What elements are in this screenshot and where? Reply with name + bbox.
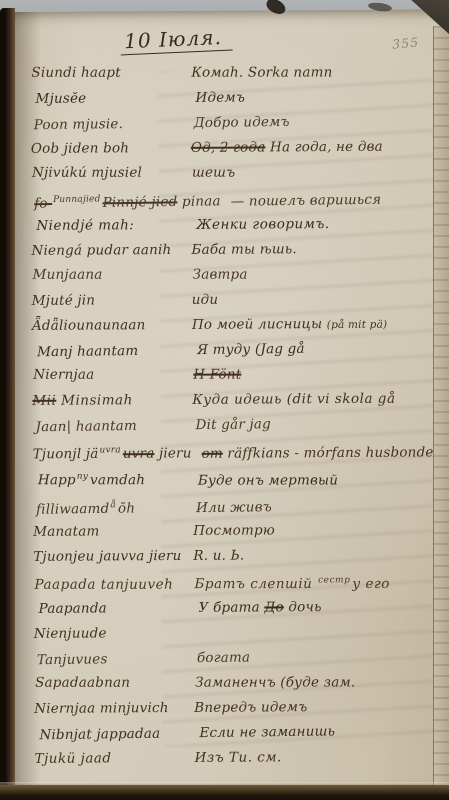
entry-row: filliwaamdåōhИли живъ: [36, 491, 441, 521]
entry-term: Njivúkú mjusiel: [32, 163, 192, 185]
page-heading: 10 Іюля.: [120, 25, 233, 56]
text-segment: Од, 2 года: [191, 139, 266, 155]
entry-row: PaapandaУ брата До дочь: [39, 596, 442, 621]
text-segment: Баба ты ѣшь.: [191, 241, 296, 258]
entry-translation: Dit går jag: [195, 412, 440, 437]
text-segment: ōh: [118, 500, 135, 516]
entry-translation: Братъ слепшiй сестру его: [194, 570, 441, 595]
text-segment: (på mit pä): [327, 319, 388, 331]
text-segment: Paapada tanjuuveh: [34, 576, 173, 592]
text-segment: Poon mjusie.: [34, 116, 124, 133]
entry-term: Mjuté jin: [32, 290, 192, 312]
entry-translation: Комаh. Sorka namn: [191, 62, 438, 84]
text-segment: Paapanda: [39, 600, 107, 616]
text-segment: Sapadaabnan: [35, 675, 130, 691]
entry-term: Niernjaa minjuvich: [34, 698, 194, 720]
text-segment: filliwaamd: [36, 501, 110, 518]
text-segment: Я туду (Jag gå: [197, 341, 305, 358]
entry-translation: По моей лисницы (på mit pä): [192, 313, 440, 337]
text-segment: Идемъ: [195, 90, 245, 106]
entry-row: Tanjuvuesбогата: [37, 645, 442, 673]
text-segment: Tjukü jaad: [35, 750, 112, 766]
text-segment: Заманенчъ (буде зам.: [195, 675, 355, 691]
entry-term: Niengá pudar aanih: [31, 240, 191, 262]
text-segment: дочь: [284, 599, 322, 615]
text-segment: Куда идешь (dit vi skola gå: [192, 391, 395, 408]
text-segment: ny: [77, 472, 88, 482]
text-segment: Siundi haapt: [31, 65, 120, 81]
entry-row: MjusĕeИдемъ: [35, 86, 438, 111]
entry-translation: Баба ты ѣшь.: [191, 238, 439, 261]
entry-term: Happnyvamdah: [38, 467, 198, 492]
page-number: 355: [392, 34, 420, 51]
entry-row: Manj haantamЯ туду (Jag gå: [37, 337, 440, 365]
entry-row: Tjuonjeu jauvva jieruR. и. Ь.: [33, 544, 441, 569]
entry-term: Mii Minsimah: [32, 390, 192, 412]
entry-row: Niengá pudar aanihБаба ты ѣшь.: [31, 238, 439, 263]
entry-translation: иди: [192, 288, 440, 311]
text-segment: pinaa: [177, 193, 220, 210]
entry-translation: Если не заманишь: [199, 720, 442, 745]
entry-term: Tjuonjeu jauvva jieru: [33, 546, 193, 568]
entry-translation: Буде онъ мертвый: [198, 470, 441, 492]
vocabulary-list: Siundi haaptКомаh. Sorka namnMjusĕeИдемъ…: [30, 61, 442, 773]
text-segment: Завтра: [193, 267, 248, 283]
text-segment: Добро идемъ: [194, 114, 290, 131]
entry-translation: Добро идемъ: [194, 110, 439, 135]
text-segment: Niernjaa: [33, 367, 94, 383]
entry-row: Siundi haaptКомаh. Sorka namn: [31, 62, 438, 85]
entry-row: Oob jiden bohОд, 2 года На года, не два: [31, 136, 439, 161]
entry-row: NiernjaaH Fönt: [33, 364, 440, 387]
entry-translation: Посмотрю: [193, 519, 441, 542]
text-segment: Буде онъ мертвый: [198, 472, 338, 488]
text-segment: Manatam: [33, 523, 99, 539]
text-segment: vamdah: [90, 472, 145, 488]
entry-term: Nienjuude: [34, 623, 194, 645]
text-segment: Nienjuude: [34, 625, 107, 641]
entry-term: Niendjé mah:: [36, 215, 196, 237]
entry-row: Poon mjusie.Добро идемъ: [34, 110, 439, 138]
text-segment: Dit går jag: [195, 416, 271, 433]
text-segment: Punnajied: [53, 194, 101, 205]
text-segment: H Fönt: [193, 367, 241, 383]
entry-translation: Заманенчъ (буде зам.: [195, 672, 442, 694]
entry-term: Manatam: [33, 521, 193, 543]
entry-term: Manj haantam: [37, 340, 197, 364]
manuscript-photo: 10 Іюля. 355 Siundi haaptКомаh. Sorka na…: [0, 0, 449, 800]
text-segment: Женки говоримъ.: [196, 216, 329, 233]
text-segment: Njivúkú mjusiel: [32, 165, 142, 181]
entry-translation: богата: [197, 645, 442, 670]
notebook-page: 10 Іюля. 355 Siundi haaptКомаh. Sorka na…: [8, 9, 449, 788]
text-segment: шешъ: [192, 165, 235, 181]
text-segment: uvra: [99, 445, 120, 455]
entry-translation: шешъ: [192, 162, 439, 184]
text-segment: om: [202, 445, 223, 461]
text-segment: У брата: [199, 599, 265, 615]
text-segment: богата: [197, 649, 251, 666]
entry-translation: У брата До дочь: [199, 596, 442, 619]
entry-row: Mjuté jinиди: [32, 288, 440, 313]
text-segment: Pinnjé-jied: [102, 194, 177, 211]
text-segment: у его: [352, 576, 390, 592]
entry-row: ǞdǟliounaunaanПо моей лисницы (på mit pä…: [32, 313, 440, 338]
entry-row: SapadaabnanЗаманенчъ (буде зам.: [35, 672, 442, 695]
entry-row: Tjuonjl jäuvrauvra jieruom räffkians - m…: [33, 438, 441, 465]
entry-term: Poon mjusie.: [34, 113, 194, 137]
text-segment: Комаh. Sorka namn: [191, 65, 332, 81]
entry-row: Niernjaa minjuvichВпередъ идемъ: [34, 696, 442, 721]
entry-term: Oob jiden boh: [31, 138, 191, 160]
entry-term: Munjaana: [33, 265, 193, 287]
entry-row: Paapada tanjuuvehБратъ слепшiй сестру ег…: [34, 570, 441, 595]
text-segment: По моей лисницы: [192, 316, 327, 333]
text-segment: сестр: [318, 576, 350, 586]
text-segment: Niendjé mah:: [36, 217, 134, 234]
entry-row: Nibnjat jappadaaЕсли не заманишь: [39, 720, 442, 748]
entry-translation: Завтра: [193, 264, 440, 286]
text-segment: uvra: [123, 446, 155, 462]
entry-term: Tanjuvues: [37, 648, 197, 672]
entry-term: Ǟdǟliounaunaan: [32, 315, 192, 337]
entry-term: Sapadaabnan: [35, 673, 195, 695]
text-segment: До: [264, 599, 284, 615]
entry-row: Mii MinsimahКуда идешь (dit vi skola gå: [32, 388, 440, 413]
text-segment: Братъ слепшiй: [194, 576, 317, 592]
text-segment: Jaan| haantam: [35, 418, 137, 435]
text-segment: Ǟdǟliounaunaan: [32, 317, 146, 334]
text-segment: Посмотрю: [193, 522, 275, 538]
entry-translation: [194, 635, 442, 637]
entry-term: Mjusĕe: [35, 88, 195, 110]
text-segment: Nibnjat jappadaa: [39, 726, 160, 744]
text-segment: Tjuonjeu jauvva jieru: [33, 548, 181, 565]
entry-term: Paapada tanjuuveh: [34, 574, 194, 596]
entry-term: Tjuonjl jäuvrauvra jieru: [33, 440, 202, 466]
entry-translation: Я туду (Jag gå: [197, 337, 440, 362]
gutter-shadow: [15, 12, 41, 792]
entry-term: Jaan| haantam: [35, 415, 195, 439]
text-segment: Oob jiden boh: [31, 140, 129, 157]
entry-row: Tjukü jaadИзъ Ти. см.: [35, 746, 443, 771]
text-segment: Manj haantam: [37, 343, 138, 360]
text-segment: R. и. Ь.: [193, 548, 244, 564]
text-segment: Mjusĕe: [35, 91, 86, 107]
text-segment: Или живъ: [196, 499, 272, 516]
text-segment: jieru: [154, 445, 191, 461]
text-segment: Minsimah: [56, 392, 133, 408]
page-edges: [433, 26, 449, 788]
entry-translation: Женки говоримъ.: [196, 213, 439, 236]
text-segment: Tjuonjl jä: [33, 446, 99, 462]
entry-translation: om räffkians - mórfans husbonde: [202, 442, 441, 465]
entry-translation: Изъ Ти. см.: [194, 746, 442, 769]
entry-row: MunjaanaЗавтра: [33, 264, 440, 287]
entry-translation: Куда идешь (dit vi skola gå: [192, 388, 440, 411]
entry-translation: Впередъ идемъ: [194, 696, 442, 719]
entry-term: Siundi haapt: [31, 63, 191, 85]
book-gutter: [0, 8, 15, 800]
text-segment: Munjaana: [33, 267, 103, 283]
entry-row: Niendjé mah:Женки говоримъ.: [36, 213, 439, 238]
text-segment: — пошелъ варишься: [231, 191, 382, 209]
text-segment: Если не заманишь: [199, 723, 335, 741]
text-segment: Niernjaa minjuvich: [34, 700, 168, 717]
entry-row: Njivúkú mjusielшешъ: [32, 162, 439, 185]
entry-term: filliwaamdåōh: [36, 494, 196, 521]
text-segment: Изъ Ти. см.: [195, 749, 282, 766]
entry-translation: R. и. Ь.: [193, 544, 441, 567]
text-segment: räffkians - mórfans husbonde: [223, 444, 434, 461]
text-segment: Mjuté jin: [32, 292, 96, 308]
text-segment: иди: [192, 292, 219, 308]
entry-translation: Идемъ: [195, 86, 438, 109]
entry-row: fo PunnajiedPinnjé-jied pinaa— пошелъ ва…: [34, 185, 439, 215]
text-segment: Happ: [38, 472, 76, 488]
entry-term: Paapanda: [39, 598, 199, 620]
entry-translation: Од, 2 года На года, не два: [191, 136, 439, 159]
book-bottom-cover: [0, 785, 449, 800]
entry-translation: — пошелъ варишься: [231, 188, 440, 212]
entry-translation: Или живъ: [196, 494, 441, 519]
entry-translation: H Fönt: [193, 364, 440, 386]
entry-row: ManatamПосмотрю: [33, 519, 441, 544]
entry-row: Nienjuude: [34, 621, 442, 646]
text-segment: å: [110, 500, 116, 510]
entry-row: Jaan| haantamDit går jag: [35, 412, 440, 440]
text-segment: На года, не два: [265, 139, 382, 156]
text-segment: Niengá pudar aanih: [31, 242, 171, 259]
entry-term: fo PunnajiedPinnjé-jied pinaa: [34, 188, 231, 216]
entry-term: Nibnjat jappadaa: [39, 723, 199, 747]
entry-term: Niernjaa: [33, 365, 193, 387]
text-segment: Впередъ идемъ: [194, 699, 307, 716]
entry-row: HappnyvamdahБуде онъ мертвый: [38, 466, 441, 491]
text-segment: Tanjuvues: [37, 651, 108, 668]
entry-term: Tjukü jaad: [35, 748, 195, 770]
